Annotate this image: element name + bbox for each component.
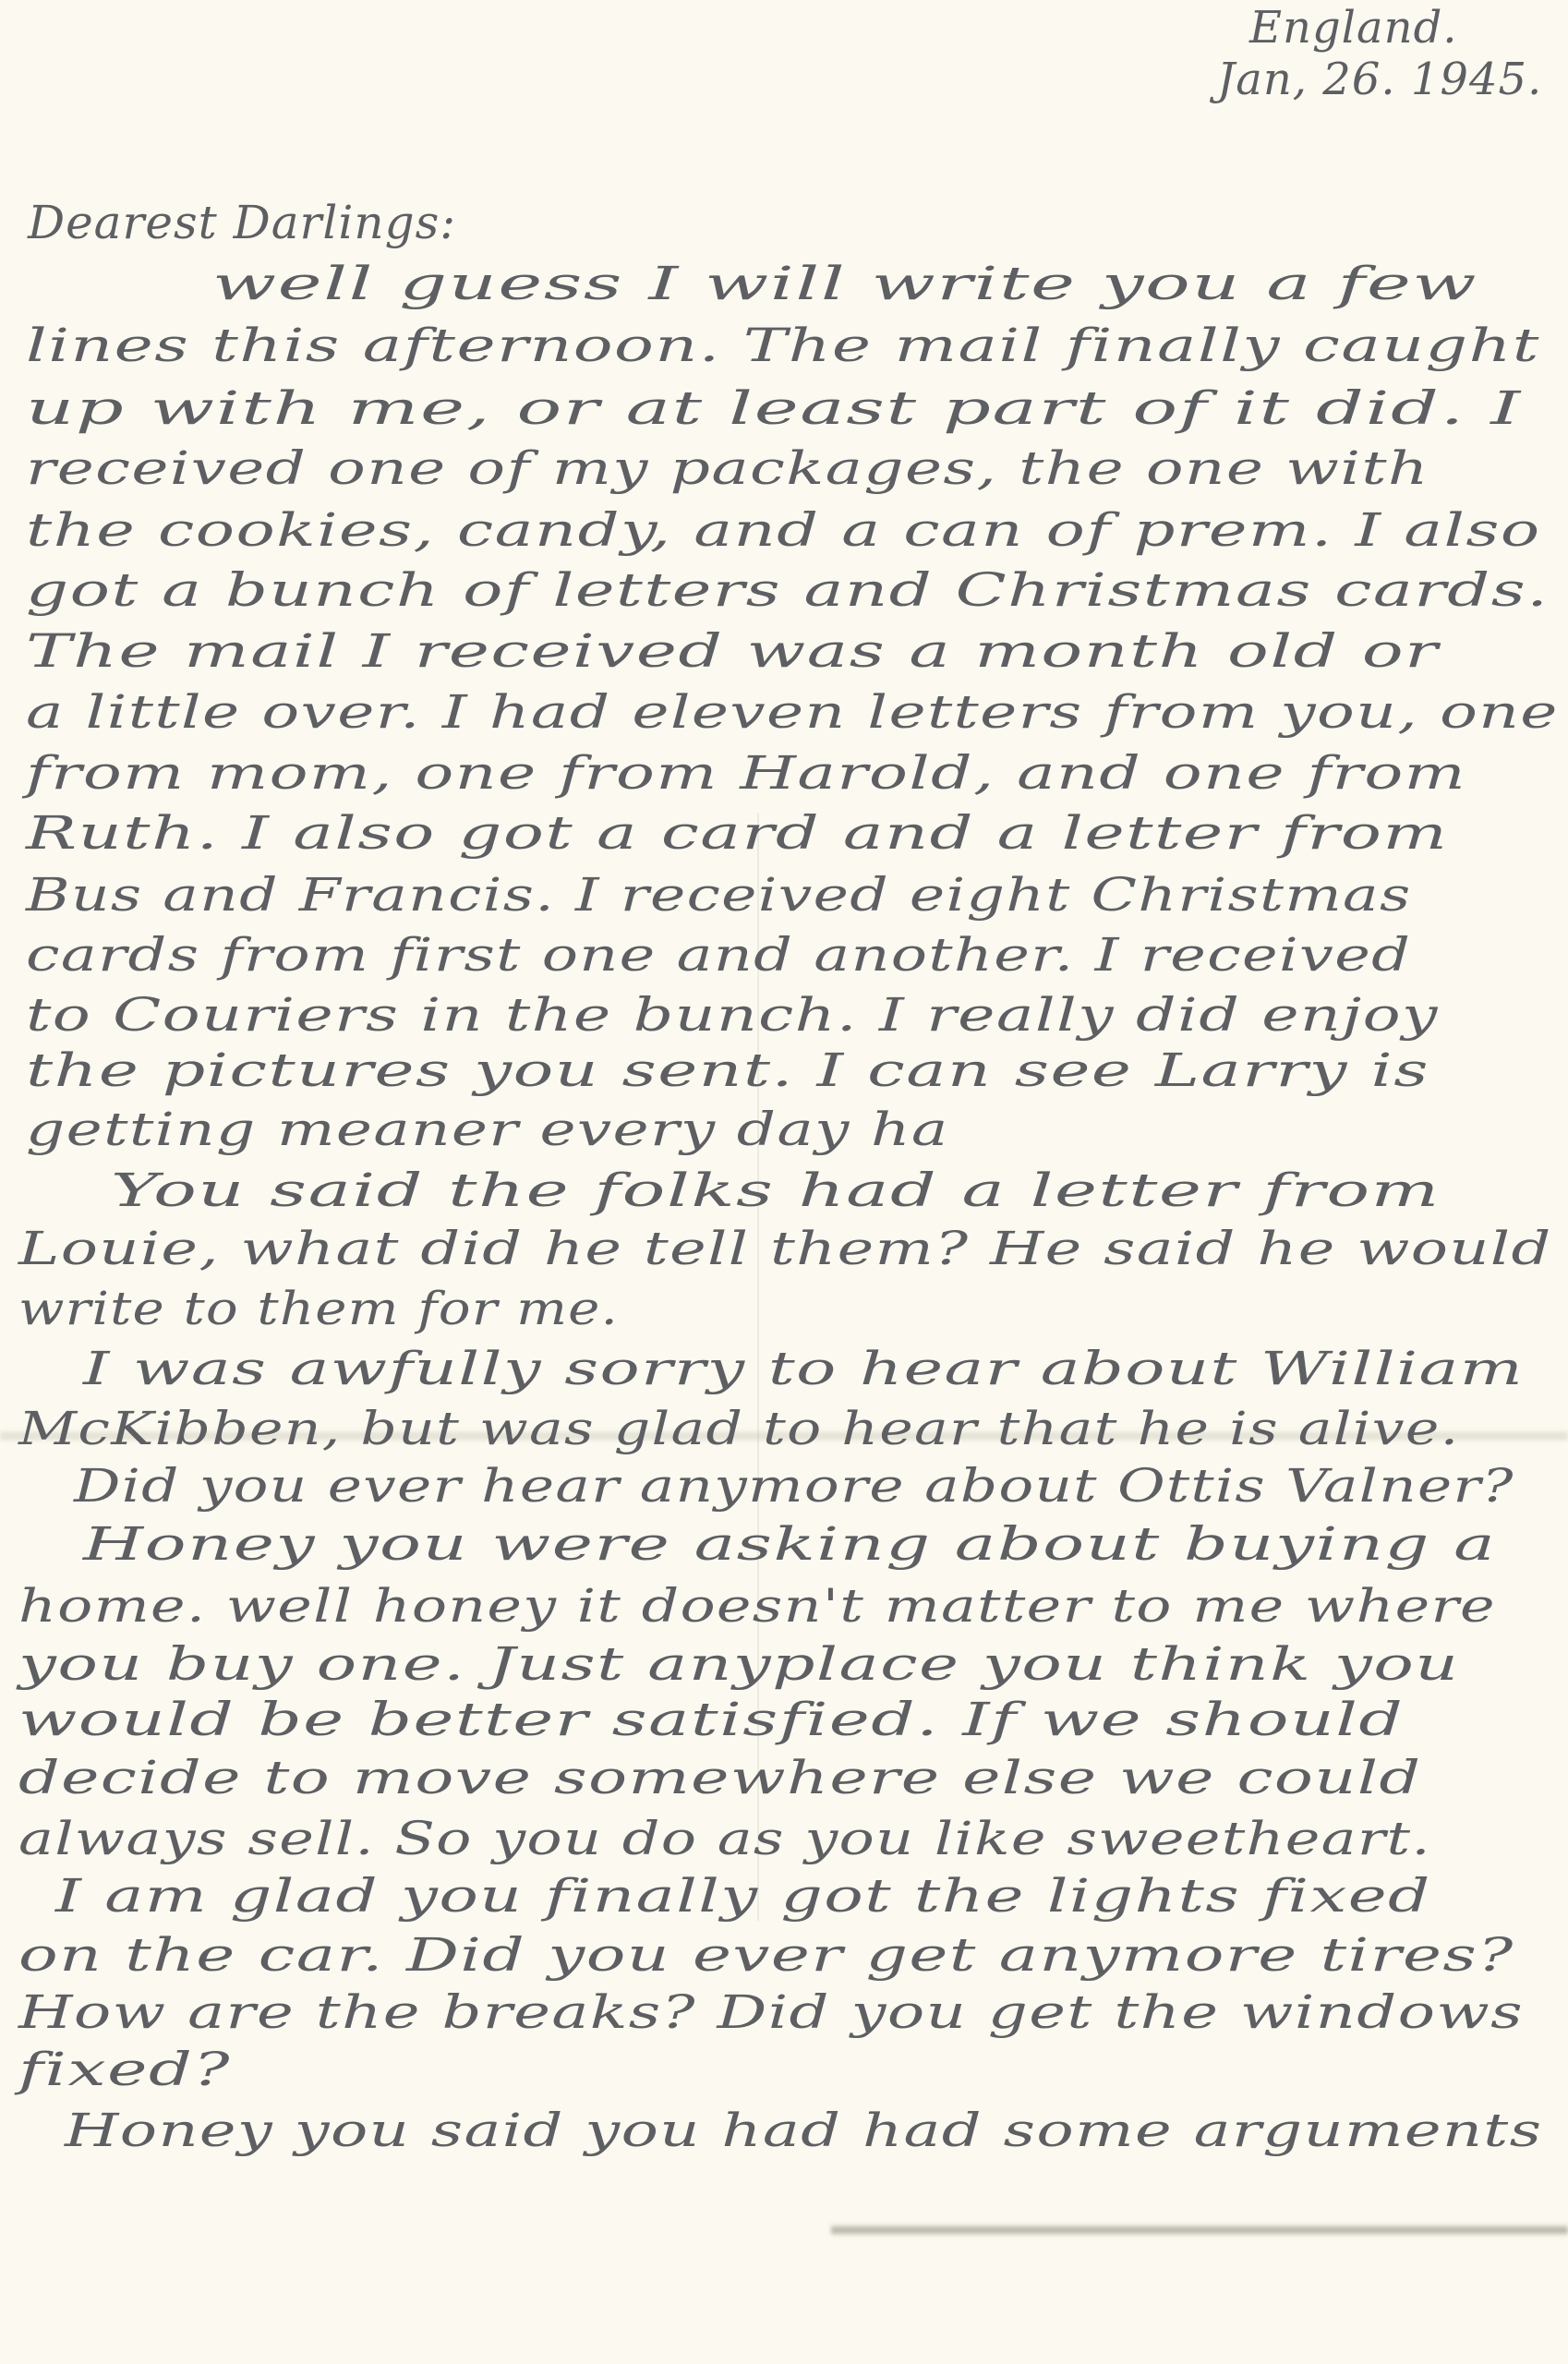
letter-line: getting meaner every day ha [26, 1103, 949, 1156]
letter-line: I was awfully sorry to hear about Willia… [83, 1342, 1524, 1395]
paper-fold-crease [831, 2224, 1568, 2237]
letter-line: Ruth. I also got a card and a letter fro… [26, 806, 1448, 860]
letter-line: fixed? [18, 2043, 231, 2096]
letter-line: always sell. So you do as you like sweet… [18, 1812, 1431, 1865]
letter-line: Louie, what did he tell them? He said he… [18, 1222, 1552, 1275]
letter-line: cards from first one and another. I rece… [26, 928, 1411, 982]
letter-line: Honey you said you had had some argument… [65, 2104, 1542, 2157]
letter-salutation: Dearest Darlings: [28, 196, 456, 249]
letter-line: up with me, or at least part of it did. … [26, 381, 1522, 435]
letter-line: decide to move somewhere else we could [18, 1751, 1422, 1804]
letter-line: Bus and Francis. I received eight Christ… [26, 868, 1412, 922]
letter-line: well guess I will write you a few [212, 257, 1478, 310]
letter-heading: England. Jan, 26. 1945. [1217, 4, 1550, 124]
letter-line: the cookies, candy, and a can of prem. I… [26, 503, 1541, 557]
letter-line: to Couriers in the bunch. I really did e… [26, 988, 1439, 1042]
letter-line: from mom, one from Harold, and one from [26, 746, 1466, 800]
letter-line: McKibben, but was glad to hear that he i… [18, 1402, 1459, 1455]
letter-line: home. well honey it doesn't matter to me… [18, 1579, 1496, 1633]
letter-date: Jan, 26. 1945. [1217, 55, 1542, 103]
letter-line: would be better satisfied. If we should [18, 1693, 1404, 1746]
letter-line: received one of my packages, the one wit… [26, 441, 1429, 495]
letter-line: a little over. I had eleven letters from… [26, 685, 1559, 739]
letter-line: the pictures you sent. I can see Larry i… [26, 1043, 1429, 1097]
letter-place: England. [1249, 4, 1458, 52]
letter-line: I am glad you finally got the lights fix… [55, 1869, 1431, 1923]
letter-line: Did you ever hear anymore about Ottis Va… [74, 1459, 1514, 1513]
letter-line: How are the breaks? Did you get the wind… [18, 1985, 1524, 2039]
letter-line: got a bunch of letters and Christmas car… [26, 563, 1549, 617]
letter-line: lines this afternoon. The mail finally c… [26, 319, 1540, 372]
letter-paper: England. Jan, 26. 1945. Dearest Darlings… [0, 0, 1568, 2364]
letter-line: You said the folks had a letter from [111, 1164, 1441, 1217]
letter-line: Honey you were asking about buying a [83, 1517, 1496, 1571]
letter-line: on the car. Did you ever get anymore tir… [18, 1928, 1514, 1982]
letter-line: write to them for me. [18, 1282, 619, 1335]
letter-line: you buy one. Just anyplace you think you [18, 1637, 1459, 1691]
letter-line: The mail I received was a month old or [26, 624, 1439, 678]
